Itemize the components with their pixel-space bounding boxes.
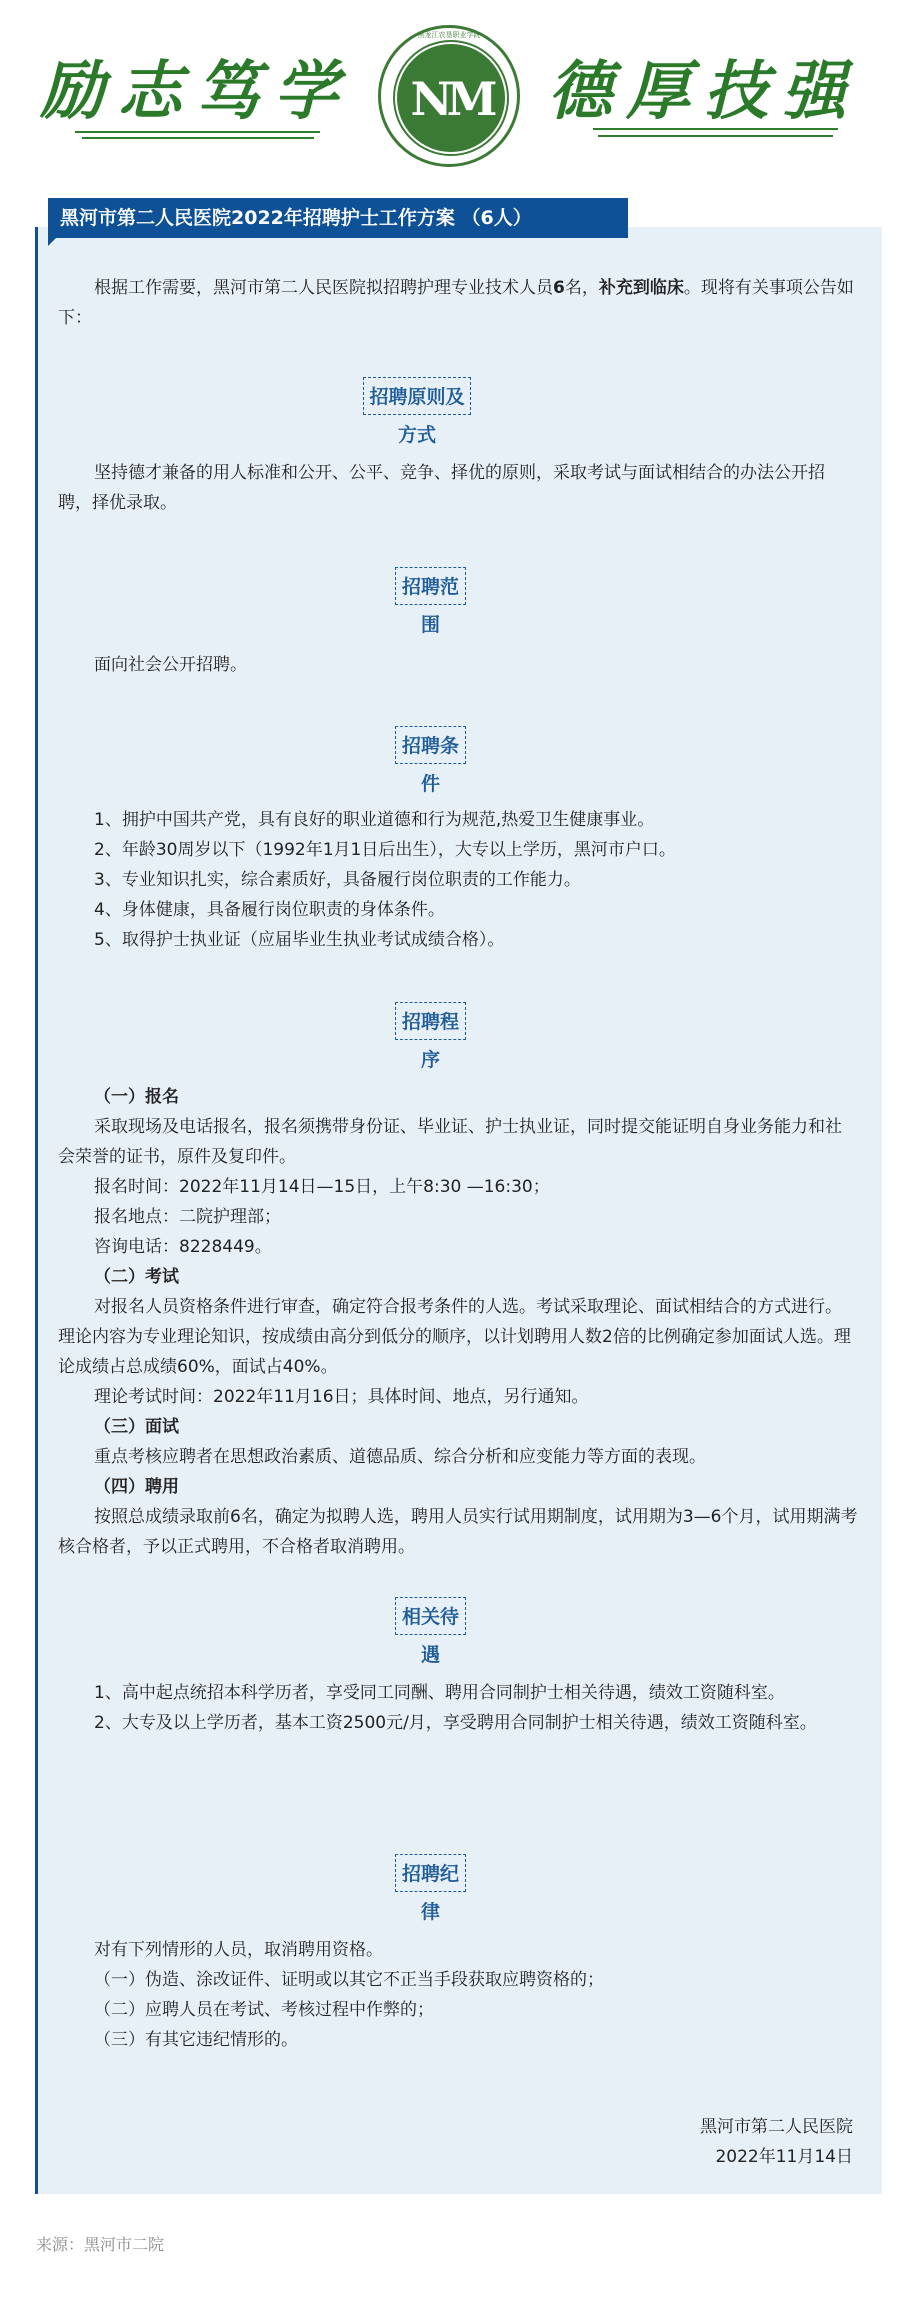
- benefit-item: 1、高中起点统招本科学历者，享受同工同酬、聘用合同制护士相关待遇，绩效工资随科室…: [58, 1678, 858, 1708]
- section-heading-principles: 招聘原则及方式: [363, 377, 471, 415]
- article-title: 黑河市第二人民医院2022年招聘护士工作方案 （6人）: [48, 198, 628, 238]
- requirement-item: 2、年龄30周岁以下（1992年1月1日后出生），大专以上学历，黑河市户口。: [58, 835, 858, 865]
- procedure-content: （一）报名 采取现场及电话报名，报名须携带身份证、毕业证、护士执业证，同时提交能…: [58, 1082, 858, 1562]
- header-banner: 励志笃学 黑龙江农垦职业学院 NM 德厚技强: [0, 0, 911, 180]
- procedure-line: 采取现场及电话报名，报名须携带身份证、毕业证、护士执业证，同时提交能证明自身业务…: [58, 1112, 858, 1172]
- motto-right: 德厚技强: [548, 40, 860, 132]
- discipline-item: （一）伪造、涂改证件、证明或以其它不正当手段获取应聘资格的；: [58, 1965, 858, 1995]
- intro-paragraph: 根据工作需要，黑河市第二人民医院拟招聘护理专业技术人员6名，补充到临床。现将有关…: [58, 273, 858, 333]
- requirement-item: 3、专业知识扎实，综合素质好，具备履行岗位职责的工作能力。: [58, 865, 858, 895]
- motto-left: 励志笃学: [40, 40, 352, 132]
- signature-org: 黑河市第二人民医院: [700, 2112, 853, 2142]
- divider-line: [593, 128, 838, 130]
- divider-line: [598, 135, 833, 137]
- discipline-lead: 对有下列情形的人员，取消聘用资格。: [58, 1935, 858, 1965]
- divider-line: [82, 137, 314, 139]
- subsection-title-registration: （一）报名: [58, 1082, 858, 1112]
- section-heading-procedure: 招聘程序: [395, 1002, 466, 1040]
- source-credit: 来源：黑河市二院: [36, 2232, 164, 2255]
- subsection-title-exam: （二）考试: [58, 1262, 858, 1292]
- college-seal-logo: 黑龙江农垦职业学院 NM: [378, 25, 520, 167]
- requirement-item: 1、拥护中国共产党，具有良好的职业道德和行为规范,热爱卫生健康事业。: [58, 805, 858, 835]
- title-fold-corner: [48, 238, 56, 246]
- procedure-line: 对报名人员资格条件进行审查，确定符合报考条件的人选。考试采取理论、面试相结合的方…: [58, 1292, 858, 1382]
- divider-line: [75, 131, 320, 133]
- procedure-line: 报名时间：2022年11月14日—15日，上午8:30 —16:30；: [58, 1172, 858, 1202]
- requirement-item: 4、身体健康，具备履行岗位职责的身体条件。: [58, 895, 858, 925]
- procedure-line: 理论考试时间：2022年11月16日；具体时间、地点，另行通知。: [58, 1382, 858, 1412]
- requirement-item: 5、取得护士执业证（应届毕业生执业考试成绩合格）。: [58, 925, 858, 955]
- procedure-line: 报名地点：二院护理部；: [58, 1202, 858, 1232]
- section-heading-benefits: 相关待遇: [395, 1597, 466, 1635]
- section-heading-requirements: 招聘条件: [395, 726, 466, 764]
- discipline-item: （二）应聘人员在考试、考核过程中作弊的；: [58, 1995, 858, 2025]
- section-heading-discipline: 招聘纪律: [395, 1854, 466, 1892]
- benefits-list: 1、高中起点统招本科学历者，享受同工同酬、聘用合同制护士相关待遇，绩效工资随科室…: [58, 1678, 858, 1738]
- requirements-list: 1、拥护中国共产党，具有良好的职业道德和行为规范,热爱卫生健康事业。 2、年龄3…: [58, 805, 858, 955]
- discipline-content: 对有下列情形的人员，取消聘用资格。 （一）伪造、涂改证件、证明或以其它不正当手段…: [58, 1935, 858, 2055]
- seal-ring-text-top: 黑龙江农垦职业学院: [381, 30, 517, 40]
- seal-mark: NM: [397, 72, 505, 126]
- procedure-line: 按照总成绩录取前6名，确定为拟聘人选，聘用人员实行试用期制度，试用期为3—6个月…: [58, 1502, 858, 1562]
- scope-paragraph: 面向社会公开招聘。: [58, 650, 858, 680]
- signature-date: 2022年11月14日: [700, 2142, 853, 2172]
- procedure-line: 咨询电话：8228449。: [58, 1232, 858, 1262]
- subsection-title-interview: （三）面试: [58, 1412, 858, 1442]
- subsection-title-hiring: （四）聘用: [58, 1472, 858, 1502]
- section-heading-scope: 招聘范围: [395, 567, 466, 605]
- procedure-line: 重点考核应聘者在思想政治素质、道德品质、综合分析和应变能力等方面的表现。: [58, 1442, 858, 1472]
- principles-paragraph: 坚持德才兼备的用人标准和公开、公平、竞争、择优的原则，采取考试与面试相结合的办法…: [58, 458, 858, 518]
- signature-block: 黑河市第二人民医院 2022年11月14日: [700, 2112, 853, 2172]
- benefit-item: 2、大专及以上学历者，基本工资2500元/月，享受聘用合同制护士相关待遇，绩效工…: [58, 1708, 858, 1738]
- discipline-item: （三）有其它违纪情形的。: [58, 2025, 858, 2055]
- seal-emblem: NM: [395, 42, 507, 154]
